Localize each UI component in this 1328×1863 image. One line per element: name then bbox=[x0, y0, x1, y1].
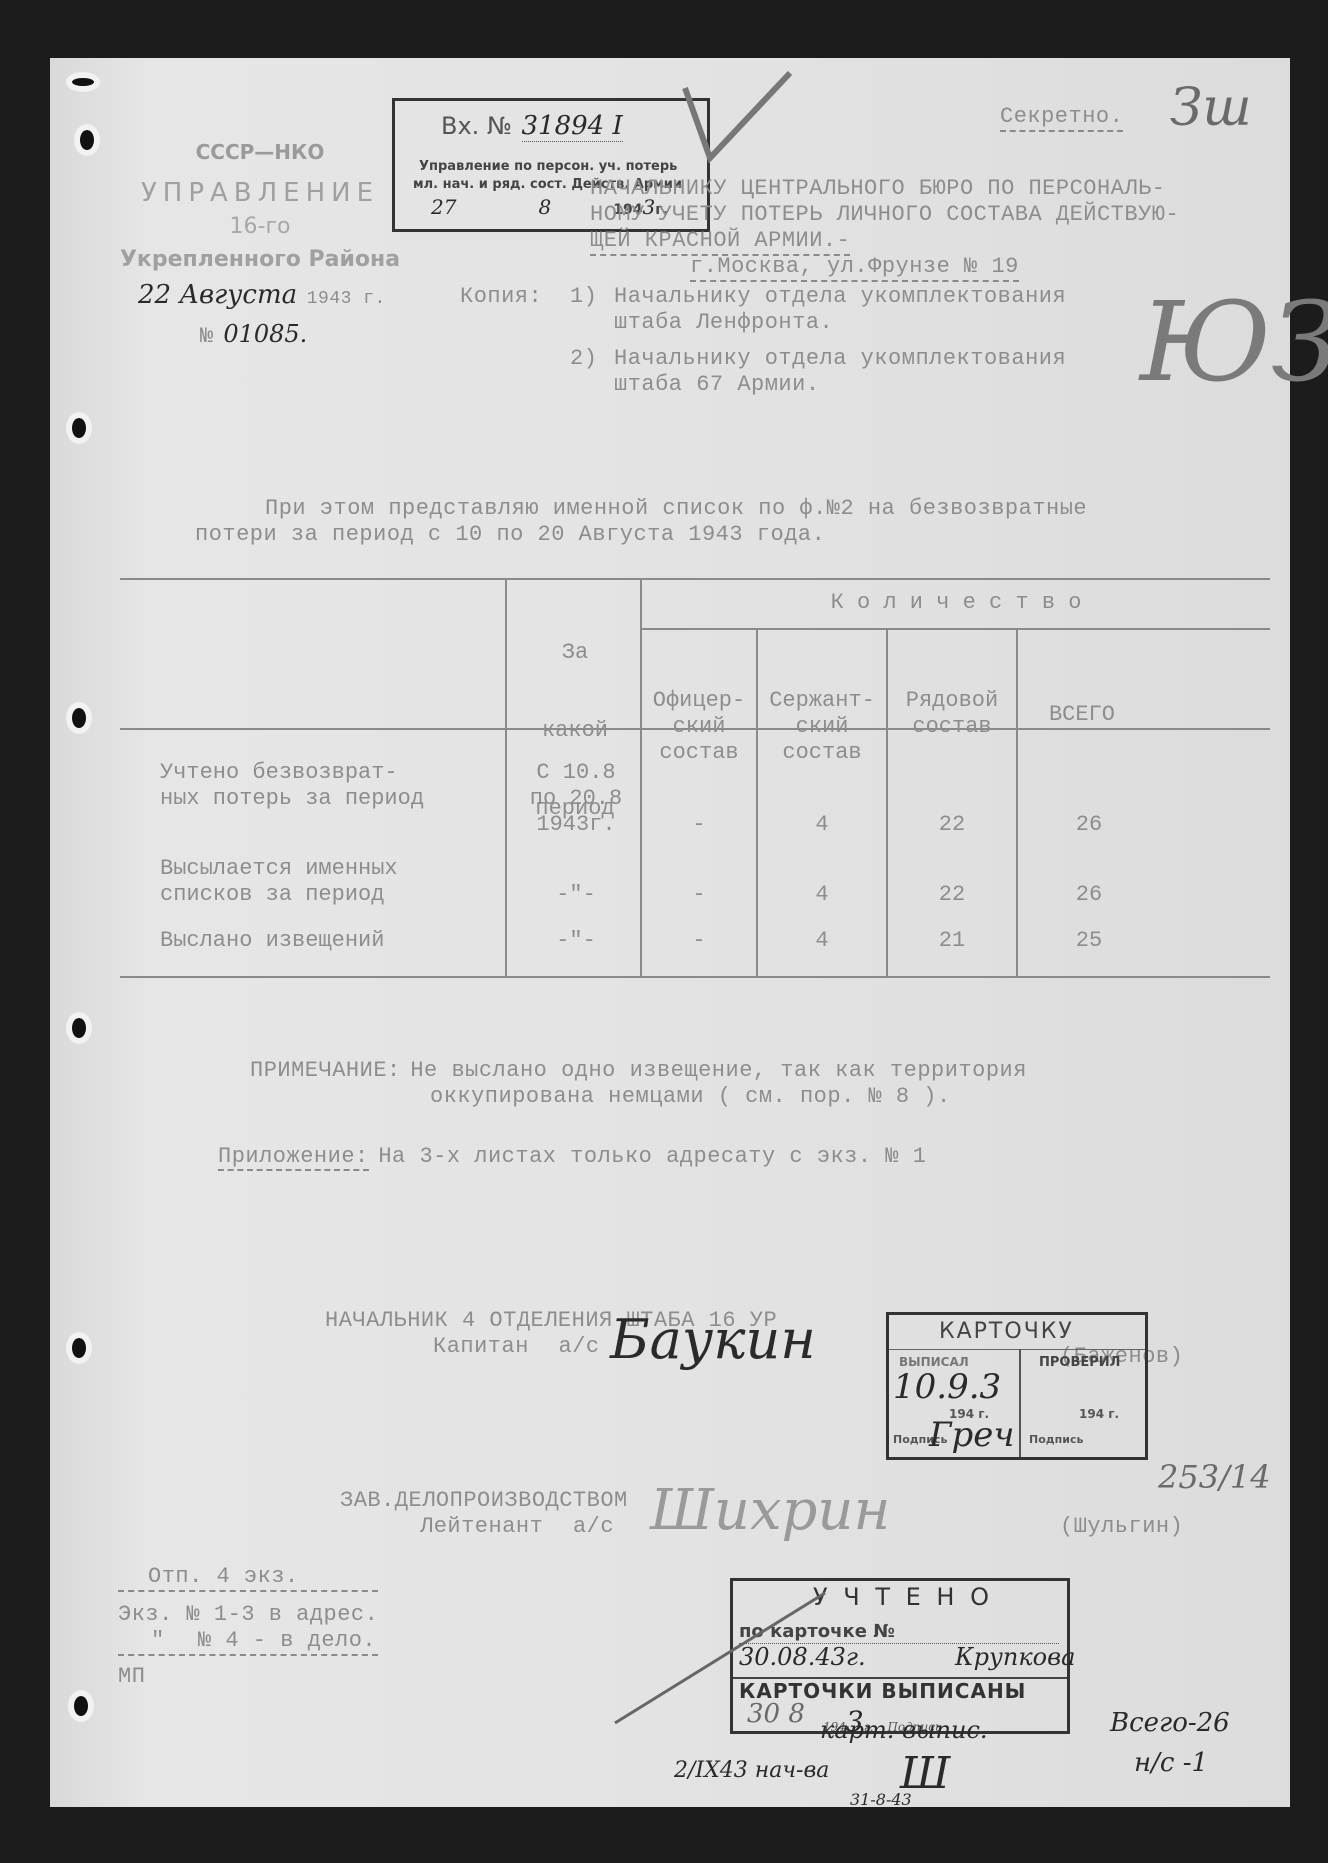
copy-2-line2: штаба 67 Армии. bbox=[614, 372, 1066, 398]
copies-label: Копия: bbox=[460, 284, 570, 336]
card-stamp: КАРТОЧКУ ВЫПИСАЛ ПРОВЕРИЛ 10.9.3 194 г. … bbox=[886, 1312, 1148, 1460]
copies-line1: Экз. № 1-3 в адрес. bbox=[118, 1602, 378, 1628]
letterhead-unit-type: Укрепленного Района bbox=[110, 247, 410, 272]
copy-2-line1: Начальнику отдела укомплектования bbox=[614, 346, 1066, 372]
card-year-line-2: 194 г. bbox=[1079, 1407, 1119, 1421]
signer-1-rank: Капитан bbox=[433, 1334, 529, 1359]
row-sergeants: 4 bbox=[758, 812, 886, 838]
note-line1: Не выслано одно извещение, так как терри… bbox=[410, 1058, 1027, 1083]
number-handwritten: 01085. bbox=[223, 320, 307, 348]
diagonal-strike-icon bbox=[610, 1588, 830, 1728]
date-handwritten: 22 Августа bbox=[138, 280, 297, 310]
row-sergeants: 4 bbox=[758, 928, 886, 954]
signer-2-title: ЗАВ.ДЕЛОПРОИЗВОДСТВОМ bbox=[340, 1488, 628, 1514]
classification-label: Секретно. bbox=[1000, 104, 1123, 132]
check-mark-icon bbox=[680, 68, 800, 168]
row-total: 25 bbox=[1018, 928, 1270, 954]
row-privates: 22 bbox=[888, 812, 1016, 838]
punch-hole bbox=[74, 1696, 88, 1716]
punch-hole bbox=[72, 418, 86, 438]
copies-line2: № 4 - в дело. bbox=[198, 1628, 376, 1654]
incoming-label: Вх. № bbox=[441, 112, 512, 140]
letterhead-date: 22 Августа 1943 г. bbox=[138, 280, 386, 312]
hw-total: Всего-26 bbox=[1110, 1708, 1230, 1738]
hw-sub: н/с -1 bbox=[1134, 1748, 1208, 1778]
copies-block: Копия: 1) Начальнику отдела укомплектова… bbox=[460, 284, 1066, 398]
copy-1-line2: штаба Ленфронта. bbox=[614, 310, 1066, 336]
copy-1-line1: Начальнику отдела укомплектования bbox=[614, 284, 1066, 310]
registered-signer-hw: Крупкова bbox=[955, 1643, 1075, 1671]
row-label: Высылается именныхсписков за период bbox=[160, 856, 398, 908]
card-date-hw: 10.9.3 bbox=[893, 1367, 1001, 1407]
note-line2: оккупирована немцами ( см. пор. № 8 ). bbox=[430, 1084, 951, 1109]
header-sergeants: Сержант-скийсостав bbox=[758, 636, 886, 818]
number-label: № bbox=[200, 324, 214, 349]
row-privates: 21 bbox=[888, 928, 1016, 954]
row-officers: - bbox=[642, 928, 756, 954]
punch-hole bbox=[72, 78, 94, 86]
signer-2-name: (Шульгин) bbox=[1060, 1514, 1183, 1540]
attachment-text: На 3-х листах только адресату с экз. № 1 bbox=[378, 1144, 926, 1169]
card-sign-label-2: Подпись bbox=[1029, 1433, 1083, 1446]
letterhead-title: УПРАВЛЕНИЕ bbox=[110, 178, 410, 208]
row-period: С 10.8по 20.81943г. bbox=[512, 760, 640, 838]
copies-initials: МП bbox=[118, 1664, 378, 1690]
date-year: 1943 г. bbox=[307, 289, 386, 309]
reference-number: 253/14 bbox=[1158, 1458, 1271, 1496]
incoming-number: 31894 I bbox=[522, 111, 623, 142]
copies-printed: Отп. 4 экз. bbox=[118, 1564, 378, 1592]
signer-2-as: а/с bbox=[573, 1514, 614, 1539]
punch-hole bbox=[72, 1338, 86, 1358]
header-privates: Рядовойсостав bbox=[888, 636, 1016, 792]
copy-2-num: 2) bbox=[570, 346, 614, 398]
copy-1-num: 1) bbox=[570, 284, 614, 336]
card-col2: ПРОВЕРИЛ bbox=[1039, 1355, 1120, 1370]
incoming-line1: Управление по персон. уч. потерь bbox=[419, 159, 677, 174]
row-officers: - bbox=[642, 812, 756, 838]
note-block: ПРИМЕЧАНИЕ: Не выслано одно извещение, т… bbox=[250, 1058, 1027, 1110]
copies-ditto: " bbox=[118, 1628, 198, 1654]
note-label: ПРИМЕЧАНИЕ: bbox=[250, 1058, 401, 1083]
card-title: КАРТОЧКУ bbox=[939, 1319, 1074, 1344]
body-text: При этом представляю именной список по ф… bbox=[195, 496, 1087, 548]
header-officers: Офицер-скийсостав bbox=[642, 636, 756, 818]
signer-1-signature: Баукин bbox=[610, 1308, 816, 1371]
letterhead-unit: 16-го bbox=[110, 214, 410, 239]
registered-title: У Ч Т Е Н О bbox=[813, 1583, 993, 1611]
hw-card-issued: карт. выпис. bbox=[820, 1716, 988, 1744]
punch-hole bbox=[72, 1018, 86, 1038]
letterhead-number: № 01085. bbox=[200, 320, 307, 350]
letterhead: СССР—НКО УПРАВЛЕНИЕ 16-го Укрепленного Р… bbox=[110, 140, 410, 272]
card-sign-hw: Греч bbox=[929, 1415, 1015, 1455]
hw-date-note: 2/IX43 нач-ва bbox=[674, 1758, 829, 1783]
attachment-block: Приложение: На 3-х листах только адресат… bbox=[218, 1144, 926, 1170]
row-period: -"- bbox=[512, 882, 640, 908]
signer-2-rank: Лейтенант bbox=[420, 1514, 543, 1539]
row-period: -"- bbox=[512, 928, 640, 954]
addressee-line3: ЩЕЙ КРАСНОЙ АРМИИ.- bbox=[590, 228, 850, 256]
row-privates: 22 bbox=[888, 882, 1016, 908]
signer-1-as: а/с bbox=[559, 1334, 600, 1359]
punch-hole bbox=[80, 130, 94, 150]
header-total: ВСЕГО bbox=[1018, 650, 1146, 780]
signer-2-signature: Шихрин bbox=[650, 1478, 890, 1543]
incoming-day: 27 bbox=[431, 195, 456, 219]
document-page: СССР—НКО УПРАВЛЕНИЕ 16-го Укрепленного Р… bbox=[50, 58, 1290, 1807]
row-sergeants: 4 bbox=[758, 882, 886, 908]
addressee-address: г.Москва, ул.Фрунзе № 19 bbox=[690, 254, 1019, 282]
signature-2: ЗАВ.ДЕЛОПРОИЗВОДСТВОМ Лейтенант а/с bbox=[340, 1488, 628, 1540]
addressee: НАЧАЛЬНИКУ ЦЕНТРАЛЬНОГО БЮРО ПО ПЕРСОНАЛ… bbox=[590, 176, 1179, 256]
row-officers: - bbox=[642, 882, 756, 908]
copies-footer: Отп. 4 экз. Экз. № 1-3 в адрес. " № 4 - … bbox=[118, 1564, 378, 1690]
row-total: 26 bbox=[1018, 812, 1270, 838]
row-total: 26 bbox=[1018, 882, 1270, 908]
punch-hole bbox=[72, 708, 86, 728]
header-quantity: К о л и ч е с т в о bbox=[642, 590, 1270, 616]
incoming-month: 8 bbox=[538, 195, 551, 219]
body-line2: потери за период с 10 по 20 Августа 1943… bbox=[195, 522, 1087, 548]
classification-handwritten: Зш bbox=[1170, 78, 1252, 138]
margin-handwritten: ЮЗ bbox=[1140, 278, 1328, 406]
body-line1: При этом представляю именной список по ф… bbox=[195, 496, 1087, 522]
row-label: Выслано извещений bbox=[160, 928, 384, 954]
letterhead-org: СССР—НКО bbox=[110, 140, 410, 164]
attachment-label: Приложение: bbox=[218, 1144, 369, 1171]
hw-date-sub: 31-8-43 bbox=[850, 1790, 912, 1809]
losses-table: За какой период К о л и ч е с т в о Офиц… bbox=[120, 578, 1270, 978]
row-label: Учтено безвозврат-ных потерь за период bbox=[160, 760, 424, 812]
addressee-line1: НАЧАЛЬНИКУ ЦЕНТРАЛЬНОГО БЮРО ПО ПЕРСОНАЛ… bbox=[590, 176, 1179, 202]
addressee-line2: НОМУ УЧЕТУ ПОТЕРЬ ЛИЧНОГО СОСТАВА ДЕЙСТВ… bbox=[590, 202, 1179, 228]
